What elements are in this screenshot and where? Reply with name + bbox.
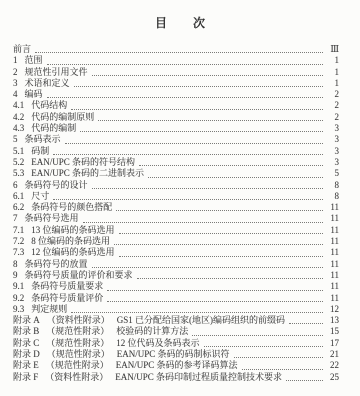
- toc-entry: 7 条码符号选用 11: [13, 213, 339, 224]
- toc-entry: 4.3 代码的编制 3: [13, 123, 339, 134]
- toc-entry: 8 条码符号的放置 11: [13, 259, 339, 270]
- dot-leader: [65, 142, 323, 144]
- toc-entry: 9 条码符号质量的评价和要求 11: [13, 270, 339, 281]
- toc-entry-page: 3: [326, 123, 339, 134]
- toc-entry-label: 13 位编码的条码选用: [31, 225, 114, 236]
- toc-entry-page: 11: [326, 293, 339, 304]
- toc-entry-page: 11: [326, 281, 339, 292]
- toc-entry-label: 条码符号的颜色搭配: [31, 202, 112, 213]
- toc-entry-label: 码制: [31, 146, 49, 157]
- toc-entry-number: 附录 F: [13, 372, 38, 383]
- toc-entry-label: 8 位编码的条码选用: [31, 236, 110, 247]
- toc-entry-number: 5.1: [13, 146, 24, 157]
- toc-entry: 9.1 条码符号质量要求 11: [13, 281, 339, 292]
- toc-entry-page: 11: [326, 213, 339, 224]
- toc-entry-page: 11: [326, 225, 339, 236]
- toc-entry-number: 附录 C: [13, 338, 39, 349]
- toc-entry-label: 代码的编制原则: [31, 112, 94, 123]
- dot-leader: [47, 96, 323, 98]
- toc-entry-page: 2: [326, 100, 339, 111]
- dot-leader: [192, 334, 323, 336]
- dot-leader: [119, 255, 323, 257]
- dot-leader: [92, 266, 323, 268]
- page-title: 目 次: [0, 14, 360, 31]
- toc-entry-annex-type: （规范性附录）: [47, 349, 110, 360]
- toc-entry-number: 6.2: [13, 202, 24, 213]
- toc-entry-label: EAN/UPC 条码印制过程质量控制技术要求: [115, 372, 282, 383]
- toc-entry: 5.2 EAN/UPC 条码的符号结构 3: [13, 157, 339, 168]
- toc-entry-page: 2: [326, 112, 339, 123]
- toc-entry-page: 11: [326, 270, 339, 281]
- toc-entry-label: 编码: [25, 89, 43, 100]
- toc-entry-page: 3: [326, 146, 339, 157]
- toc-entry-number: 6: [13, 180, 18, 191]
- toc-entry-page: 2: [326, 89, 339, 100]
- toc-entry-label: EAN/UPC 条码的参考译码算法: [116, 360, 238, 371]
- toc-entry-page: 22: [326, 360, 339, 371]
- toc-entry-label: 术语和定义: [25, 78, 70, 89]
- toc-entry-number: 7.1: [13, 225, 24, 236]
- toc-entry: 附录 C （规范性附录） 12 位代码及条码表示 17: [13, 338, 339, 349]
- toc-entry-number: 7: [13, 213, 18, 224]
- dot-leader: [148, 176, 323, 178]
- toc-entry-label: 条码符号的设计: [25, 180, 88, 191]
- toc-entry-label: EAN/UPC 条码的二进制表示: [31, 168, 144, 179]
- dot-leader: [286, 379, 323, 381]
- toc-entry-page: 11: [326, 247, 339, 258]
- toc-entry-page: 11: [326, 259, 339, 270]
- toc-entry-number: 4: [13, 89, 18, 100]
- toc-entry-annex-type: （资料性附录）: [47, 315, 110, 326]
- toc-entry: 9.2 条码符号质量评价 11: [13, 293, 339, 304]
- toc-entry: 6 条码符号的设计 8: [13, 180, 339, 191]
- dot-leader: [98, 119, 323, 121]
- toc-entry-number: 4.3: [13, 123, 24, 134]
- dot-leader: [74, 85, 323, 87]
- toc-entry-page: 3: [326, 134, 339, 145]
- toc-entry-label: EAN/UPC 条码的符号结构: [31, 157, 135, 168]
- toc-entry-page: 3: [326, 157, 339, 168]
- toc-entry-page: 25: [326, 372, 339, 383]
- dot-leader: [234, 356, 323, 358]
- toc-entry: 附录 F （资料性附录） EAN/UPC 条码印制过程质量控制技术要求 25: [13, 372, 339, 383]
- toc-entry-number: 9.2: [13, 293, 24, 304]
- toc-entry-label: 规范性引用文件: [25, 67, 88, 78]
- toc-entry-number: 附录 D: [13, 349, 40, 360]
- dot-leader: [53, 198, 323, 200]
- toc-entry: 6.1 尺寸 8: [13, 191, 339, 202]
- toc-entry-label: 尺寸: [31, 191, 49, 202]
- toc-entry-page: Ⅲ: [326, 44, 339, 55]
- toc-entry-page: 5: [326, 168, 339, 179]
- toc-entry-label: EAN/UPC 条码的码制标识符: [117, 349, 230, 360]
- toc-entry: 前言 Ⅲ: [13, 44, 339, 55]
- dot-leader: [53, 153, 323, 155]
- toc-entry-label: 条码符号质量要求: [31, 281, 103, 292]
- toc-entry-number: 7.2: [13, 236, 24, 247]
- toc-entry: 7.3 12 位编码的条码选用 11: [13, 247, 339, 258]
- toc-entry-number: 8: [13, 259, 18, 270]
- toc-entry: 7.2 8 位编码的条码选用 11: [13, 236, 339, 247]
- toc-list: 前言 Ⅲ 1 范围 1 2 规范性引用文件 1 3 术语和定义 1 4 编码 2…: [13, 44, 339, 383]
- toc-entry-label: 范围: [25, 55, 43, 66]
- toc-entry: 5 条码表示 3: [13, 134, 339, 145]
- toc-entry-page: 11: [326, 202, 339, 213]
- toc-entry-label: 代码的编制: [31, 123, 76, 134]
- dot-leader: [107, 289, 323, 291]
- toc-entry-number: 2: [13, 67, 18, 78]
- toc-entry-label: 条码符号选用: [25, 213, 79, 224]
- toc-entry-number: 5: [13, 134, 18, 145]
- dot-leader: [92, 187, 323, 189]
- toc-entry: 附录 E （规范性附录） EAN/UPC 条码的参考译码算法 22: [13, 360, 339, 371]
- toc-entry: 3 术语和定义 1: [13, 78, 339, 89]
- toc-entry: 7.1 13 位编码的条码选用 11: [13, 225, 339, 236]
- toc-entry-number: 7.3: [13, 247, 24, 258]
- toc-entry-page: 1: [326, 78, 339, 89]
- toc-entry: 4 编码 2: [13, 89, 339, 100]
- dot-leader: [289, 322, 323, 324]
- toc-entry-label: 前言: [13, 44, 31, 55]
- toc-entry-label: 代码结构: [31, 100, 67, 111]
- toc-entry-annex-type: （资料性附录）: [45, 372, 108, 383]
- dot-leader: [242, 368, 323, 370]
- dot-leader: [137, 277, 323, 279]
- dot-leader: [71, 311, 323, 313]
- toc-entry-number: 5.2: [13, 157, 24, 168]
- toc-entry: 1 范围 1: [13, 55, 339, 66]
- toc-entry: 4.1 代码结构 2: [13, 100, 339, 111]
- toc-entry-page: 21: [326, 349, 339, 360]
- dot-leader: [83, 221, 323, 223]
- toc-entry: 2 规范性引用文件 1: [13, 67, 339, 78]
- toc-entry-label: 校验码的计算方法: [116, 326, 188, 337]
- toc-entry-number: 5.3: [13, 168, 24, 179]
- toc-entry-number: 4.2: [13, 112, 24, 123]
- dot-leader: [139, 164, 323, 166]
- dot-leader: [119, 232, 323, 234]
- dot-leader: [47, 63, 323, 65]
- toc-entry-annex-type: （规范性附录）: [46, 338, 109, 349]
- toc-entry: 9.3 判定规则 12: [13, 304, 339, 315]
- toc-entry-page: 17: [326, 338, 339, 349]
- dot-leader: [204, 345, 323, 347]
- toc-entry: 附录 D （规范性附录） EAN/UPC 条码的码制标识符 21: [13, 349, 339, 360]
- dot-leader: [107, 300, 323, 302]
- toc-entry-label: 判定规则: [31, 304, 67, 315]
- toc-entry-number: 6.1: [13, 191, 24, 202]
- dot-leader: [80, 130, 323, 132]
- toc-entry-annex-type: （规范性附录）: [46, 326, 109, 337]
- toc-entry-number: 附录 E: [13, 360, 39, 371]
- toc-entry: 5.1 码制 3: [13, 146, 339, 157]
- toc-entry-label: 12 位编码的条码选用: [31, 247, 114, 258]
- toc-entry: 附录 A （资料性附录） GS1 已分配给国家(地区)编码组织的前缀码 13: [13, 315, 339, 326]
- dot-leader: [92, 74, 323, 76]
- toc-entry-page: 1: [326, 67, 339, 78]
- toc-entry: 5.3 EAN/UPC 条码的二进制表示 5: [13, 168, 339, 179]
- toc-entry-number: 3: [13, 78, 18, 89]
- toc-entry-page: 8: [326, 180, 339, 191]
- dot-leader: [71, 108, 323, 110]
- toc-entry-number: 9.1: [13, 281, 24, 292]
- toc-entry-label: 条码表示: [25, 134, 61, 145]
- toc-entry-page: 8: [326, 191, 339, 202]
- document-page: 目 次 前言 Ⅲ 1 范围 1 2 规范性引用文件 1 3 术语和定义 1 4 …: [0, 0, 360, 396]
- toc-entry-page: 1: [326, 55, 339, 66]
- toc-entry-number: 附录 A: [13, 315, 40, 326]
- toc-entry-page: 11: [326, 236, 339, 247]
- dot-leader: [35, 51, 323, 53]
- toc-entry: 4.2 代码的编制原则 2: [13, 112, 339, 123]
- toc-entry-annex-type: （规范性附录）: [46, 360, 109, 371]
- toc-entry-number: 9: [13, 270, 18, 281]
- dot-leader: [114, 243, 323, 245]
- toc-entry-label: 12 位代码及条码表示: [116, 338, 199, 349]
- toc-entry-label: GS1 已分配给国家(地区)编码组织的前缀码: [117, 315, 285, 326]
- toc-entry-number: 1: [13, 55, 18, 66]
- toc-entry: 附录 B （规范性附录） 校验码的计算方法 15: [13, 326, 339, 337]
- toc-entry-label: 条码符号质量评价: [31, 293, 103, 304]
- toc-entry-label: 条码符号的放置: [25, 259, 88, 270]
- toc-entry-page: 13: [326, 315, 339, 326]
- toc-entry-number: 附录 B: [13, 326, 39, 337]
- toc-entry-number: 4.1: [13, 100, 24, 111]
- toc-entry-label: 条码符号质量的评价和要求: [25, 270, 133, 281]
- toc-entry-number: 9.3: [13, 304, 24, 315]
- toc-entry: 6.2 条码符号的颜色搭配 11: [13, 202, 339, 213]
- toc-entry-page: 12: [326, 304, 339, 315]
- toc-entry-page: 15: [326, 326, 339, 337]
- dot-leader: [116, 209, 323, 211]
